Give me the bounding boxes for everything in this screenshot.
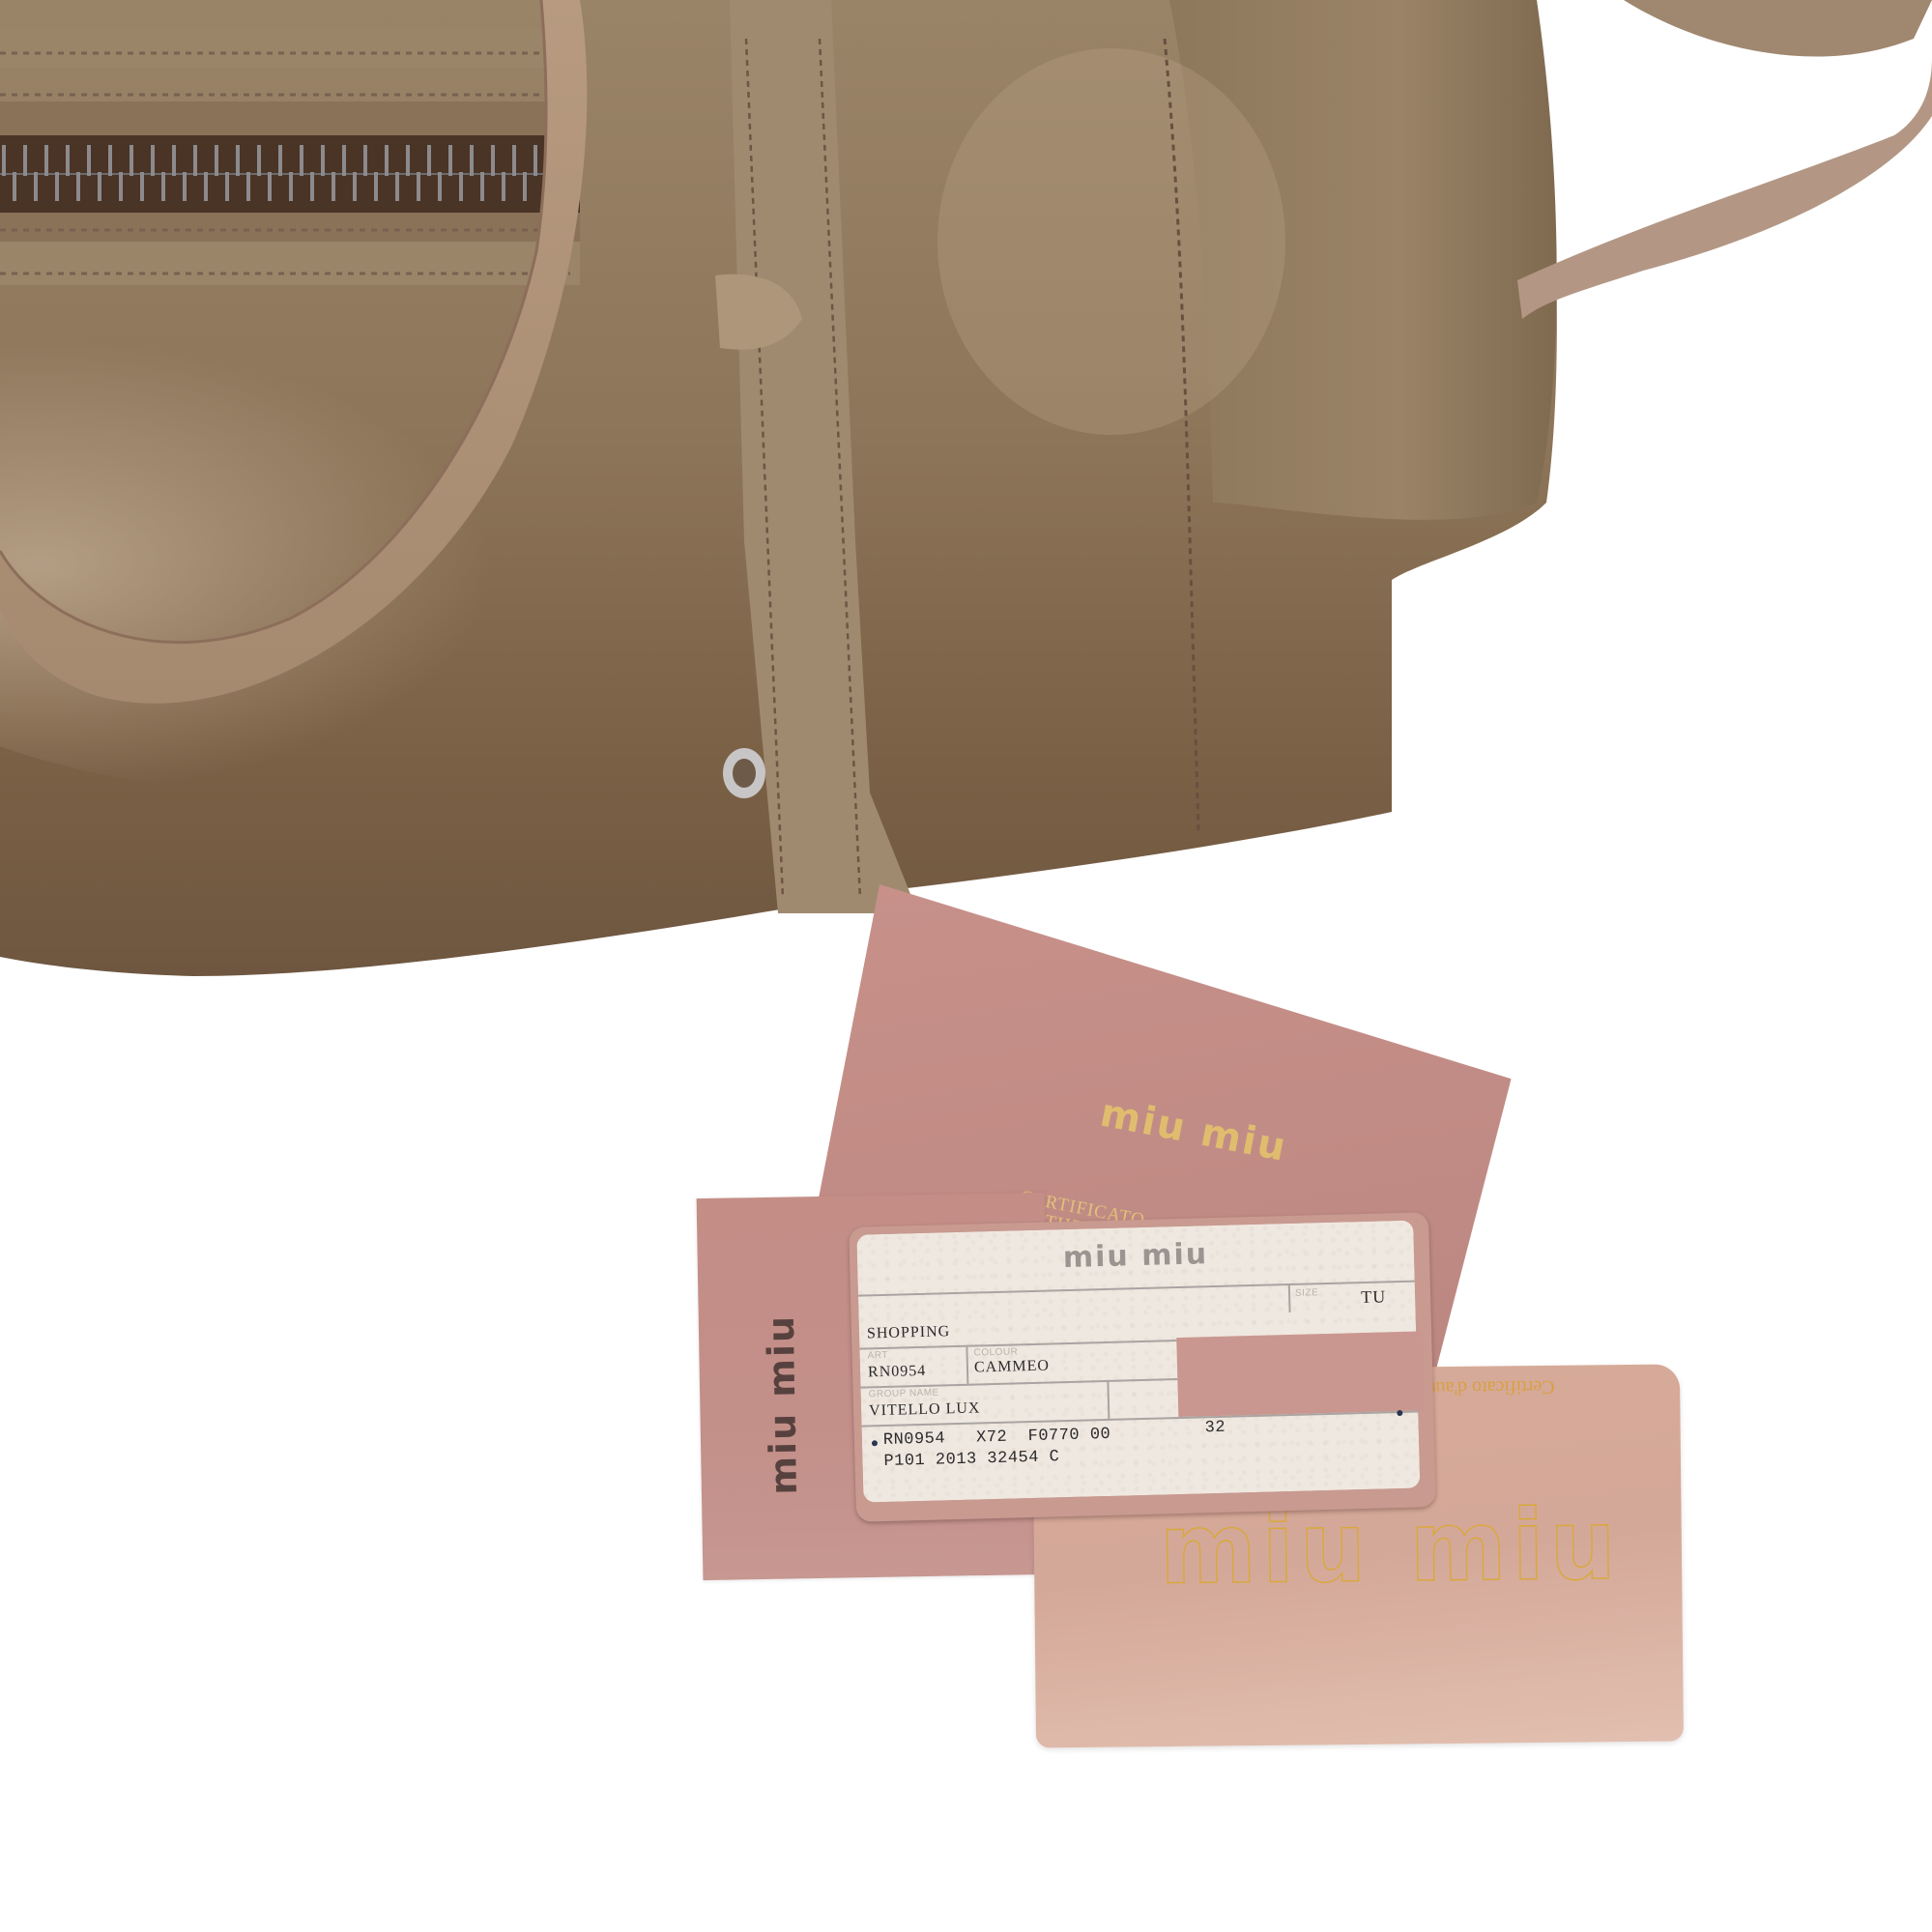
colour-label: COLOUR xyxy=(973,1346,1018,1358)
serial-code: P101 2013 32454 C xyxy=(883,1448,1059,1471)
divider xyxy=(1288,1283,1290,1312)
size-value: TU xyxy=(1361,1286,1387,1308)
bullet-dot xyxy=(872,1440,878,1446)
authenticity-card-face: miu miu SIZE TU SHOPPING ART RN0954 COLO… xyxy=(856,1221,1420,1503)
authenticity-card: miu miu SIZE TU SHOPPING ART RN0954 COLO… xyxy=(849,1212,1436,1522)
product-code: RN0954 X72 F0770 00 xyxy=(883,1426,1111,1450)
sleeve-logo: miu miu xyxy=(751,1283,813,1526)
group-name-value: VITELLO LUX xyxy=(869,1399,981,1420)
envelope-logo: miu miu xyxy=(1097,1090,1291,1169)
art-value: RN0954 xyxy=(868,1363,927,1382)
divider xyxy=(966,1345,968,1384)
divider xyxy=(1107,1380,1110,1419)
product-photo: miu miu CERTIFICATO AUTHENT miu miu Cert… xyxy=(0,0,1932,1932)
model-value: SHOPPING xyxy=(867,1323,951,1342)
divider xyxy=(858,1281,1415,1297)
bullet-dot xyxy=(1397,1410,1402,1416)
art-label: ART xyxy=(867,1350,888,1362)
colour-value: CAMMEO xyxy=(974,1358,1050,1377)
code-number: 32 xyxy=(1204,1419,1226,1438)
authenticity-card-logo: miu miu xyxy=(857,1232,1415,1281)
card-window xyxy=(1176,1331,1425,1417)
group-name-label: GROUP NAME xyxy=(869,1388,939,1400)
size-label: SIZE xyxy=(1295,1287,1319,1299)
